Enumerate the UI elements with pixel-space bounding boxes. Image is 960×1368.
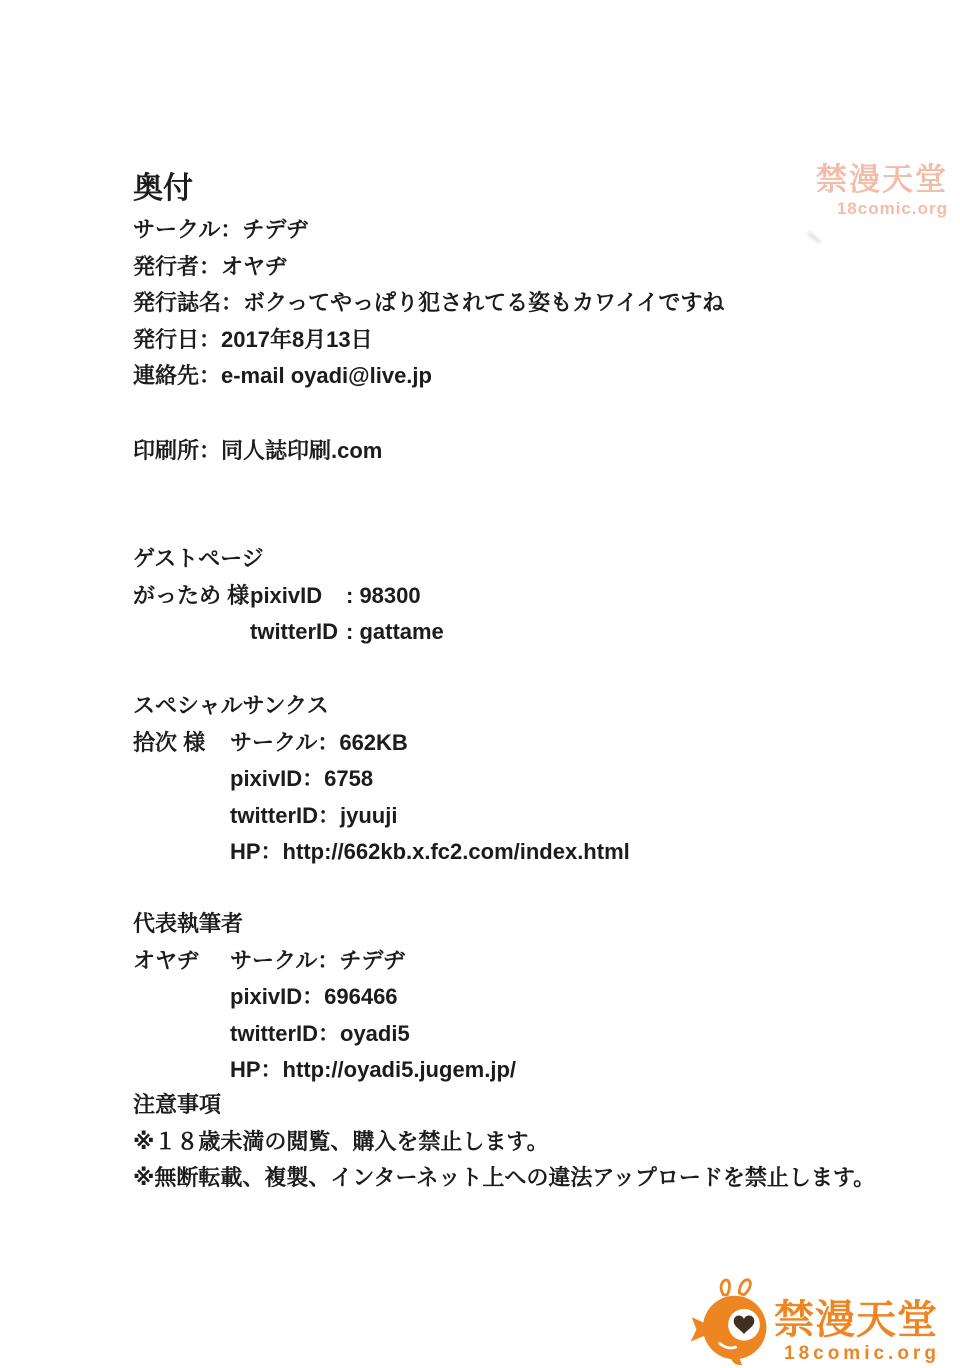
guest-twitter-label: twitterID [250, 614, 346, 651]
author-pixiv: pixivID：696466 [230, 979, 516, 1016]
colophon-book-title-line: 発行誌名：ボクってやっぱり犯されてる姿もカワイイですね [133, 285, 724, 322]
scan-artifact [807, 231, 821, 243]
special-thanks-circle: サークル：662KB [230, 725, 630, 762]
notice-age-restriction: ※１８歳未満の閲覧、購入を禁止します。 [133, 1124, 875, 1161]
watermark-site-name: 禁漫天堂 [816, 164, 948, 195]
colophon-page: 禁漫天堂 18comic.org 奥付 サークル：チデヂ 発行者：オヤヂ 発行誌… [0, 0, 960, 1368]
colophon-date-line: 発行日：2017年8月13日 [133, 322, 724, 359]
guest-name-spacer [133, 614, 250, 651]
author-name: オヤヂ [133, 943, 230, 1089]
site-logo-text: 禁漫天堂 18comic.org [774, 1276, 940, 1363]
guest-pixiv-value: : 98300 [346, 578, 444, 615]
colophon-section: 奥付 サークル：チデヂ 発行者：オヤヂ 発行誌名：ボクってやっぱり犯されてる姿も… [133, 166, 724, 395]
author-circle: サークル：チデヂ [230, 943, 516, 980]
watermark-site-url: 18comic.org [816, 200, 948, 217]
site-watermark: 禁漫天堂 18comic.org [816, 164, 948, 217]
mascot-icon [688, 1276, 772, 1366]
site-logo: 禁漫天堂 18comic.org [688, 1276, 940, 1366]
author-section-heading: 代表執筆者 [133, 906, 516, 943]
colophon-publisher-line: 発行者：オヤヂ [133, 249, 724, 286]
guest-pixiv-label: pixivID [250, 578, 346, 615]
special-thanks-heading: スペシャルサンクス [133, 688, 630, 725]
special-thanks-pixiv: pixivID：6758 [230, 761, 630, 798]
notice-no-reupload: ※無断転載、複製、インターネット上への違法アップロードを禁止します。 [133, 1160, 875, 1197]
printer-section: 印刷所：同人誌印刷.com [133, 433, 382, 470]
guest-twitter-value: : gattame [346, 614, 444, 651]
special-thanks-section: スペシャルサンクス 拾次 様 サークル：662KB pixivID：6758 t… [133, 688, 630, 871]
colophon-circle-line: サークル：チデヂ [133, 212, 724, 249]
colophon-contact-line: 連絡先：e-mail oyadi@live.jp [133, 358, 724, 395]
guest-section-heading: ゲストページ [133, 541, 444, 578]
special-thanks-name: 拾次 様 [133, 725, 230, 871]
logo-site-url: 18comic.org [784, 1344, 940, 1363]
special-thanks-hp: HP：http://662kb.x.fc2.com/index.html [230, 834, 630, 871]
printer-line: 印刷所：同人誌印刷.com [133, 433, 382, 470]
guest-name: がっため 様 [133, 578, 250, 615]
guest-page-section: ゲストページ がっため 様 pixivID : 98300 twitterID … [133, 541, 444, 651]
author-section: 代表執筆者 オヤヂ サークル：チデヂ pixivID：696466 twitte… [133, 906, 516, 1089]
logo-site-name: 禁漫天堂 [774, 1300, 940, 1340]
notice-heading: 注意事項 [133, 1087, 875, 1124]
guest-credit-table: がっため 様 pixivID : 98300 twitterID : gatta… [133, 578, 444, 651]
page-title: 奥付 [133, 166, 724, 212]
author-twitter: twitterID：oyadi5 [230, 1016, 516, 1053]
special-thanks-twitter: twitterID：jyuuji [230, 798, 630, 835]
author-hp: HP：http://oyadi5.jugem.jp/ [230, 1052, 516, 1089]
notice-section: 注意事項 ※１８歳未満の閲覧、購入を禁止します。 ※無断転載、複製、インターネッ… [133, 1087, 875, 1197]
